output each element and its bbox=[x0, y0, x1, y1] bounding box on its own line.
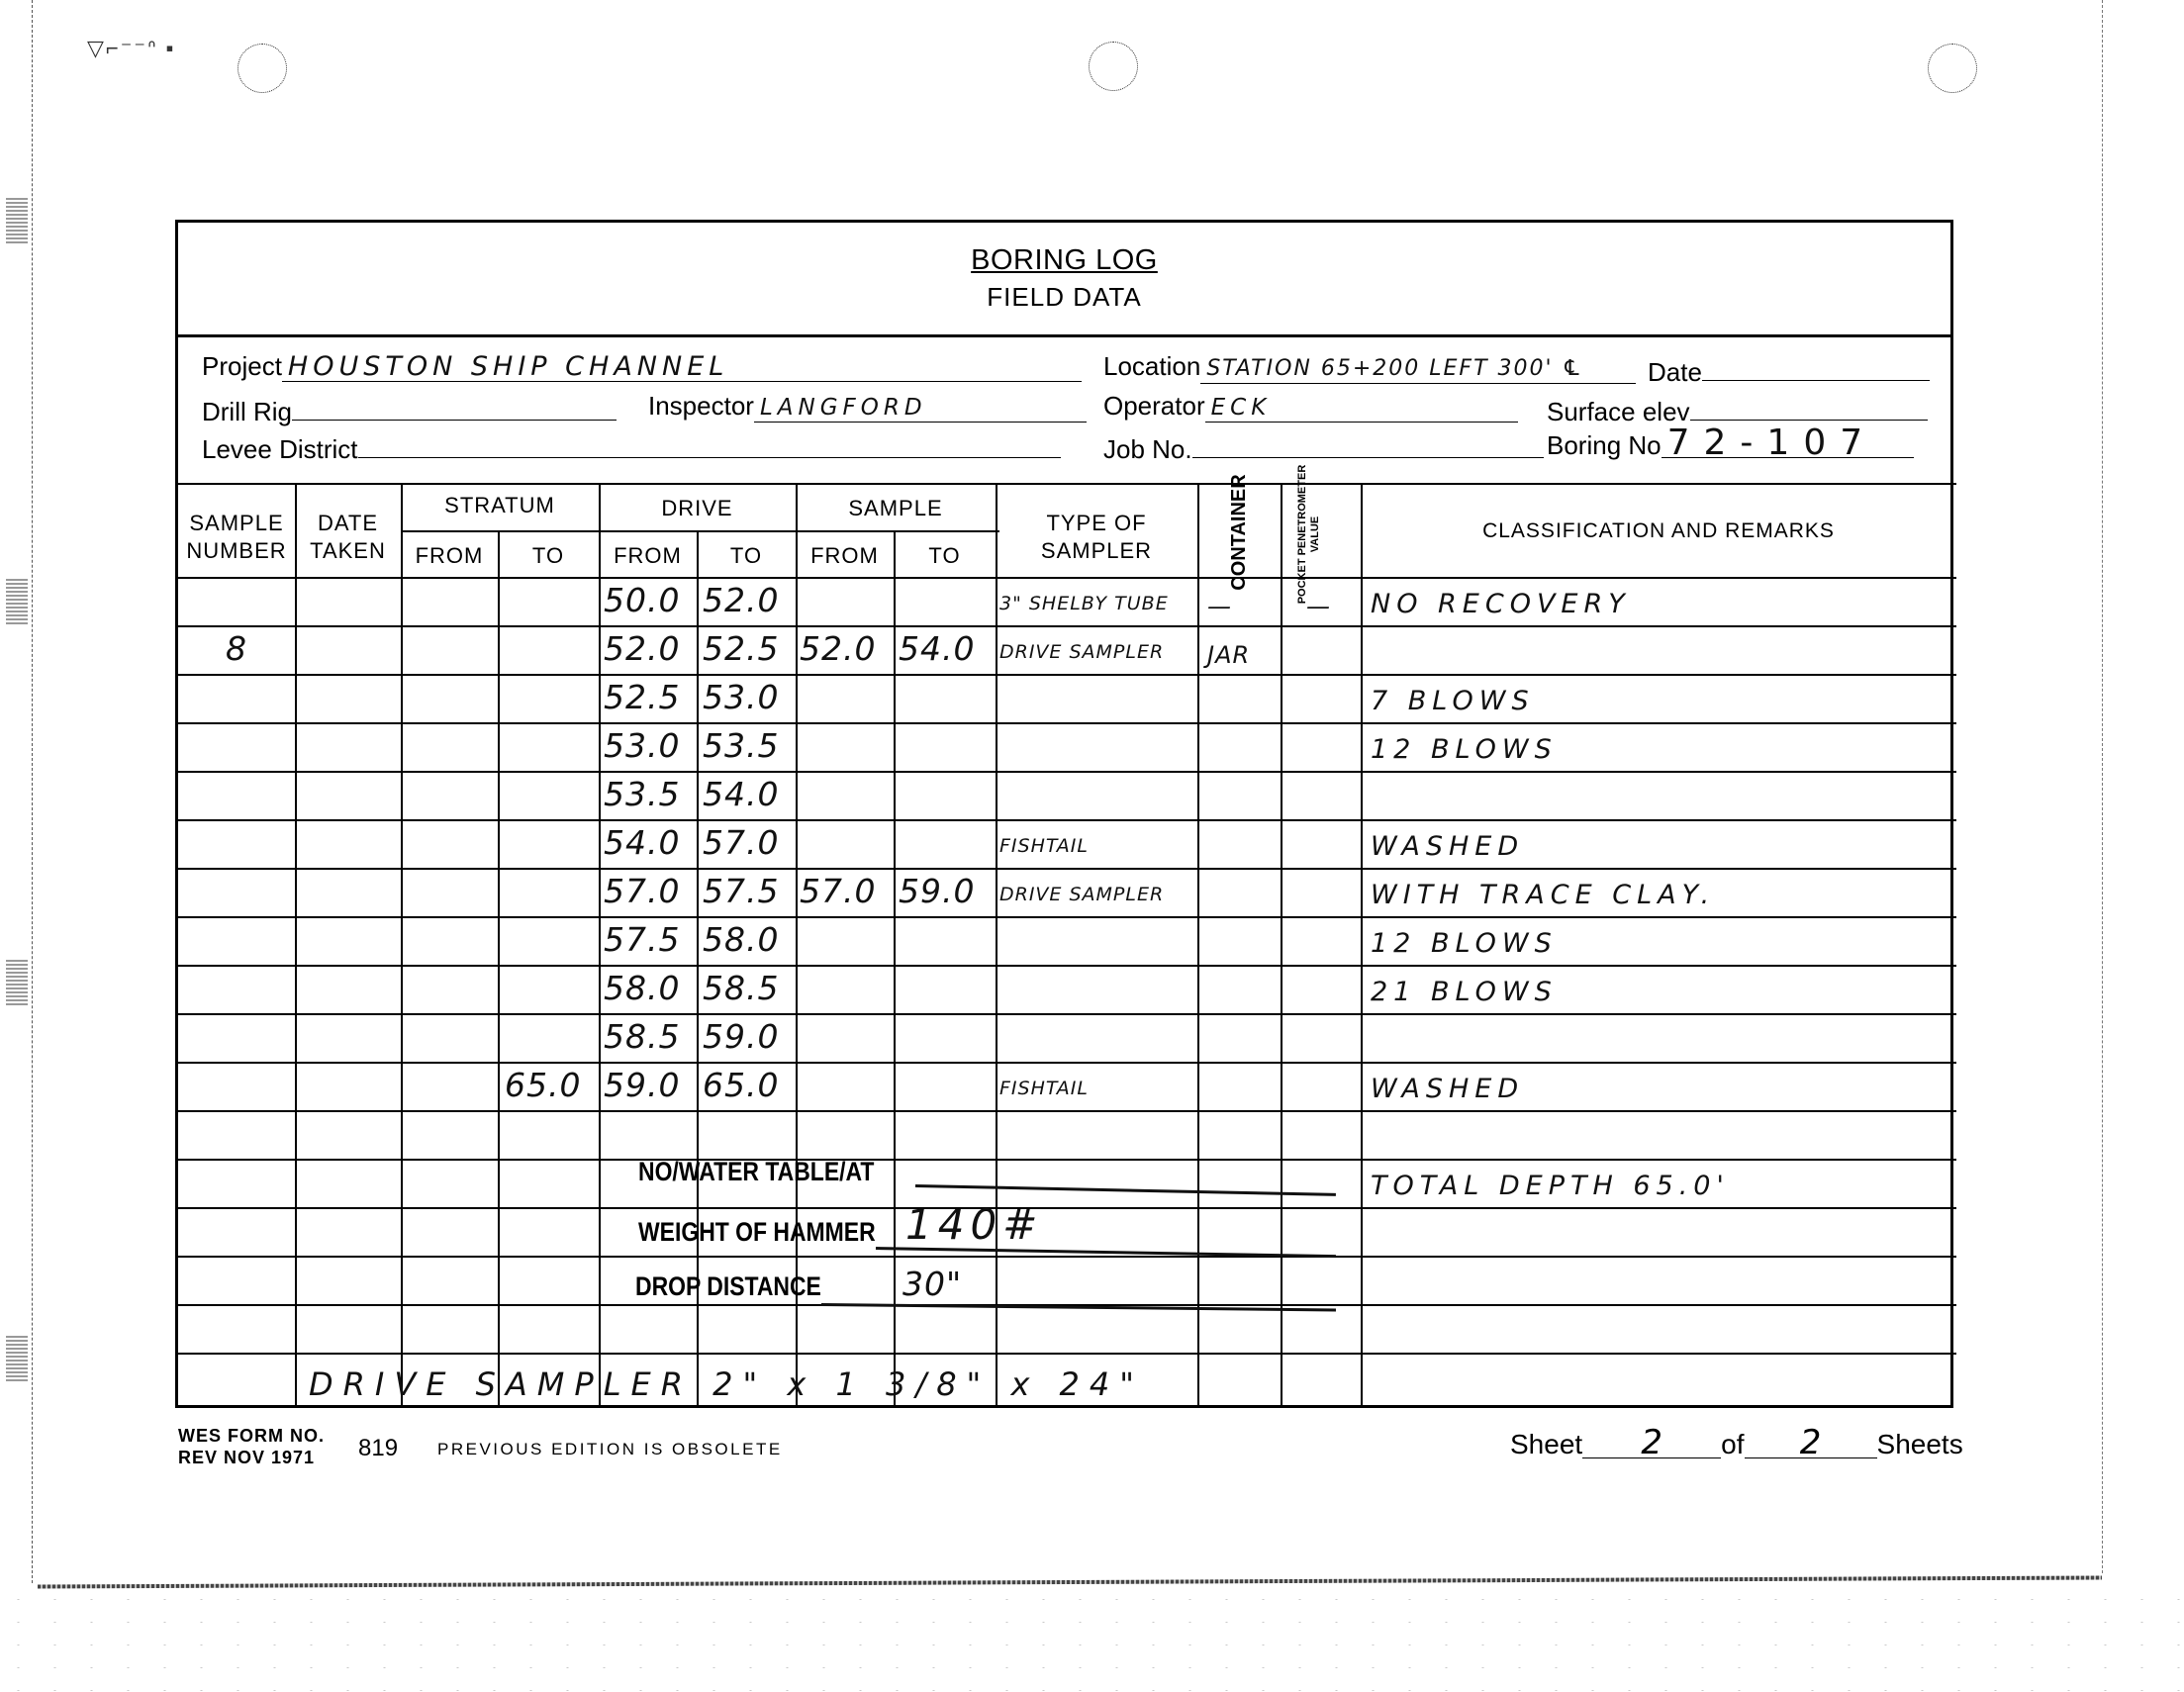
subheader-divider bbox=[401, 530, 999, 532]
sampler-type-cell[interactable]: FISHTAIL bbox=[999, 1078, 1089, 1099]
row-divider bbox=[178, 1110, 1956, 1112]
sheets-label: Sheets bbox=[1877, 1429, 1963, 1459]
sampler-type-cell[interactable]: DRIVE SAMPLER bbox=[999, 641, 1164, 663]
header-drive-to: TO bbox=[697, 542, 796, 570]
header-stratum-from: FROM bbox=[401, 542, 498, 570]
punch-hole-icon bbox=[1089, 42, 1138, 91]
table-top-border bbox=[178, 483, 1956, 485]
boring-log-form: BORING LOG FIELD DATA ProjectHOUSTON SHI… bbox=[175, 220, 1953, 1408]
levee-district-field: Levee District bbox=[202, 428, 1061, 465]
date-input[interactable] bbox=[1702, 351, 1930, 381]
drive-to-cell[interactable]: 54.0 bbox=[703, 775, 779, 813]
form-number-block: WES FORM NO. REV NOV 1971 bbox=[178, 1425, 325, 1468]
water-table-label: NO/WATER TABLE/AT bbox=[638, 1157, 874, 1187]
header-sample-to: TO bbox=[894, 542, 996, 570]
col-divider bbox=[498, 530, 500, 1408]
drive-to-cell[interactable]: 52.0 bbox=[703, 581, 779, 619]
drive-from-cell[interactable]: 54.0 bbox=[604, 823, 680, 862]
sample-from-cell[interactable]: 57.0 bbox=[800, 872, 876, 910]
hammer-weight-label: WEIGHT OF HAMMER bbox=[638, 1217, 876, 1248]
drive-to-cell[interactable]: 65.0 bbox=[703, 1066, 779, 1104]
row-divider bbox=[178, 916, 1956, 918]
col-divider bbox=[1281, 483, 1282, 1408]
location-input[interactable]: STATION 65+200 LEFT 300' ℄ bbox=[1200, 354, 1636, 384]
inspector-label: Inspector bbox=[648, 391, 754, 422]
page-edge-right bbox=[2102, 0, 2104, 1573]
levee-district-input[interactable] bbox=[358, 428, 1061, 458]
drive-from-cell[interactable]: 50.0 bbox=[604, 581, 680, 619]
header-bottom-border bbox=[178, 577, 1956, 579]
header-sample-from: FROM bbox=[796, 542, 894, 570]
inspector-field: InspectorLANGFORD bbox=[648, 391, 1087, 423]
stratum-to-cell[interactable]: 65.0 bbox=[505, 1066, 581, 1104]
project-input[interactable]: HOUSTON SHIP CHANNEL bbox=[282, 352, 1082, 382]
staple-mark-icon bbox=[6, 960, 28, 1005]
remarks-cell[interactable]: WASHED bbox=[1371, 831, 1524, 862]
sample-to-cell[interactable]: 59.0 bbox=[899, 872, 975, 910]
margin-scribble: ▽⌐⁻⁻ᐢ ▪ bbox=[87, 36, 175, 61]
header-sample: SAMPLE bbox=[796, 495, 996, 522]
drill-rig-input[interactable] bbox=[292, 391, 617, 421]
drive-to-cell[interactable]: 58.5 bbox=[703, 969, 779, 1007]
title-area: BORING LOG FIELD DATA bbox=[178, 223, 1950, 337]
operator-field: OperatorECK bbox=[1103, 391, 1518, 423]
col-divider bbox=[1197, 483, 1199, 1408]
form-number: 819 bbox=[358, 1435, 398, 1462]
sampler-type-cell[interactable]: 3" SHELBY TUBE bbox=[999, 593, 1169, 614]
header-drive-from: FROM bbox=[599, 542, 697, 570]
surface-elev-input[interactable] bbox=[1690, 391, 1928, 421]
row-divider bbox=[178, 868, 1956, 870]
header-date-taken: DATE TAKEN bbox=[295, 510, 401, 565]
remarks-cell[interactable]: 12 BLOWS bbox=[1371, 734, 1558, 765]
boring-no-field: Boring No72-107 bbox=[1547, 428, 1914, 461]
location-label: Location bbox=[1103, 351, 1200, 382]
drill-rig-field: Drill Rig bbox=[202, 391, 617, 427]
header-container: CONTAINER bbox=[1226, 473, 1252, 592]
remarks-cell[interactable]: 7 BLOWS bbox=[1371, 686, 1535, 716]
row-divider bbox=[178, 771, 1956, 773]
row-divider bbox=[178, 1062, 1956, 1064]
staple-mark-icon bbox=[6, 1336, 28, 1381]
drive-from-cell[interactable]: 52.0 bbox=[604, 629, 680, 668]
page-edge-bottom bbox=[38, 1575, 2102, 1588]
sample-to-cell[interactable]: 54.0 bbox=[899, 629, 975, 668]
row-divider bbox=[178, 1256, 1956, 1258]
operator-label: Operator bbox=[1103, 391, 1205, 422]
scan-speckle bbox=[0, 1588, 2184, 1692]
drive-to-cell[interactable]: 53.5 bbox=[703, 726, 779, 765]
date-label: Date bbox=[1648, 357, 1702, 388]
operator-input[interactable]: ECK bbox=[1205, 393, 1518, 423]
boring-no-input[interactable]: 72-107 bbox=[1662, 428, 1914, 458]
remarks-cell[interactable]: TOTAL DEPTH 65.0' bbox=[1371, 1171, 1730, 1201]
drive-from-cell[interactable]: 57.5 bbox=[604, 920, 680, 959]
header-stratum: STRATUM bbox=[401, 492, 599, 519]
drive-from-cell[interactable]: 58.0 bbox=[604, 969, 680, 1007]
col-divider bbox=[295, 483, 297, 1408]
form-title: BORING LOG bbox=[178, 244, 1950, 277]
row-divider bbox=[178, 625, 1956, 627]
remarks-cell[interactable]: WASHED bbox=[1371, 1074, 1524, 1104]
project-label: Project bbox=[202, 351, 282, 382]
drive-to-cell[interactable]: 57.5 bbox=[703, 872, 779, 910]
drive-from-cell[interactable]: 53.5 bbox=[604, 775, 680, 813]
inspector-input[interactable]: LANGFORD bbox=[754, 393, 1087, 423]
drive-from-cell[interactable]: 59.0 bbox=[604, 1066, 680, 1104]
remarks-cell[interactable]: WITH TRACE CLAY. bbox=[1371, 880, 1715, 910]
penetrometer-cell[interactable]: — bbox=[1306, 593, 1331, 620]
drive-to-cell[interactable]: 59.0 bbox=[703, 1017, 779, 1056]
drive-from-cell[interactable]: 57.0 bbox=[604, 872, 680, 910]
col-divider bbox=[894, 530, 896, 1408]
col-divider bbox=[401, 483, 403, 1408]
drive-to-cell[interactable]: 53.0 bbox=[703, 678, 779, 716]
job-no-input[interactable] bbox=[1192, 428, 1544, 458]
header-type-of-sampler: TYPE OF SAMPLER bbox=[996, 510, 1197, 565]
drive-to-cell[interactable]: 52.5 bbox=[703, 629, 779, 668]
remarks-cell[interactable]: 12 BLOWS bbox=[1371, 928, 1558, 959]
staple-mark-icon bbox=[6, 198, 28, 243]
row-divider bbox=[178, 1013, 1956, 1015]
drive-sampler-note: DRIVE SAMPLER 2" x 1 3/8" x 24" bbox=[309, 1365, 1144, 1403]
punch-hole-icon bbox=[1928, 44, 1977, 93]
hammer-weight-value: 140# bbox=[905, 1200, 1043, 1249]
row-divider bbox=[178, 1159, 1956, 1161]
col-divider bbox=[996, 483, 997, 1408]
punch-hole-icon bbox=[237, 44, 287, 93]
boring-no-label: Boring No bbox=[1547, 430, 1662, 461]
col-divider bbox=[599, 483, 601, 1408]
sampler-type-cell[interactable]: FISHTAIL bbox=[999, 835, 1089, 857]
row-divider bbox=[178, 965, 1956, 967]
row-divider bbox=[178, 674, 1956, 676]
sheet-counter: Sheet2of2Sheets bbox=[1510, 1428, 1963, 1460]
form-no-line2: REV NOV 1971 bbox=[178, 1447, 325, 1468]
sample-number-cell[interactable]: 8 bbox=[226, 629, 247, 668]
header-classification: CLASSIFICATION AND REMARKS bbox=[1361, 517, 1956, 545]
form-subtitle: FIELD DATA bbox=[178, 282, 1950, 313]
row-divider bbox=[178, 1353, 1956, 1355]
form-no-line1: WES FORM NO. bbox=[178, 1425, 325, 1447]
header-sample-number: SAMPLE NUMBER bbox=[178, 510, 295, 565]
header-drive: DRIVE bbox=[599, 495, 796, 522]
sheet-label: Sheet bbox=[1510, 1429, 1582, 1459]
project-field: ProjectHOUSTON SHIP CHANNEL bbox=[202, 351, 1082, 382]
row-divider bbox=[178, 722, 1956, 724]
sampler-type-cell[interactable]: DRIVE SAMPLER bbox=[999, 884, 1164, 905]
col-divider bbox=[796, 483, 798, 1408]
drill-rig-label: Drill Rig bbox=[202, 397, 292, 427]
drive-from-cell[interactable]: 58.5 bbox=[604, 1017, 680, 1056]
drive-from-cell[interactable]: 53.0 bbox=[604, 726, 680, 765]
header-stratum-to: TO bbox=[498, 542, 599, 570]
drop-distance-label: DROP DISTANCE bbox=[635, 1271, 821, 1302]
remarks-cell[interactable]: NO RECOVERY bbox=[1371, 589, 1631, 619]
obsolete-notice: PREVIOUS EDITION IS OBSOLETE bbox=[437, 1440, 783, 1459]
sheet-value[interactable]: 2 bbox=[1582, 1428, 1721, 1458]
drive-from-cell[interactable]: 52.5 bbox=[604, 678, 680, 716]
col-divider bbox=[1361, 483, 1363, 1408]
date-field: Date bbox=[1648, 351, 1930, 388]
drive-to-cell[interactable]: 57.0 bbox=[703, 823, 779, 862]
drop-distance-value: 30" bbox=[902, 1265, 962, 1303]
container-cell[interactable]: JAR bbox=[1207, 641, 1250, 669]
sample-from-cell[interactable]: 52.0 bbox=[800, 629, 876, 668]
row-divider bbox=[178, 819, 1956, 821]
container-cell[interactable]: — bbox=[1207, 593, 1232, 620]
row-divider bbox=[178, 1207, 1956, 1209]
drive-to-cell[interactable]: 58.0 bbox=[703, 920, 779, 959]
total-sheets-value[interactable]: 2 bbox=[1745, 1428, 1877, 1458]
staple-mark-icon bbox=[6, 579, 28, 624]
location-field: LocationSTATION 65+200 LEFT 300' ℄ bbox=[1103, 351, 1636, 384]
job-no-label: Job No. bbox=[1103, 434, 1192, 465]
of-label: of bbox=[1721, 1429, 1744, 1459]
page-edge-left bbox=[32, 0, 34, 1583]
remarks-cell[interactable]: 21 BLOWS bbox=[1371, 977, 1558, 1007]
levee-district-label: Levee District bbox=[202, 434, 358, 465]
water-table-line bbox=[915, 1184, 1336, 1196]
